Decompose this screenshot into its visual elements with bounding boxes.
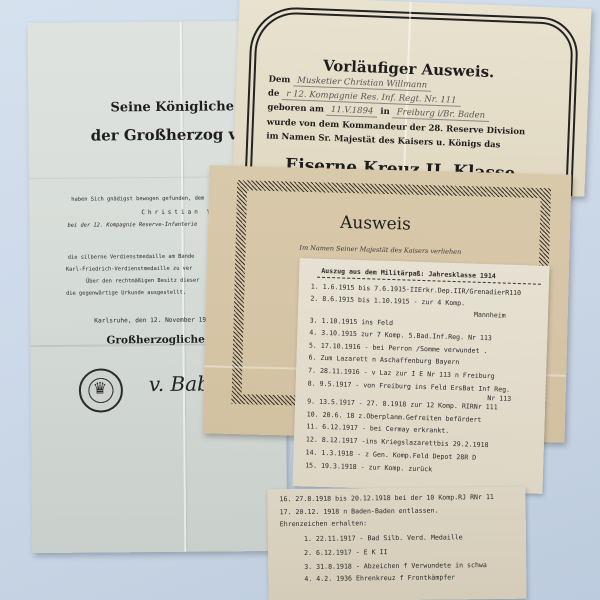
certificate-line: bei der 12. Kompagnie Reserve-Infanterie xyxy=(67,222,197,229)
line-label: geboren am xyxy=(267,102,324,114)
record-entry: 9. 13.5.1917 - 27. 8.1918 zur 12 Komp. R… xyxy=(307,397,498,411)
record-entry: 14. 1.3.1918 - z Gen. Komp.Feld Depot 28… xyxy=(305,448,476,461)
record-entry: 17. 20.12. 1918 n Baden-Baden entlassen. xyxy=(280,507,439,517)
line-label: Dem xyxy=(268,74,290,85)
record-entry: 11. 6.12.1917 - bei Cermay erkrankt. xyxy=(306,422,449,434)
record-entry: 12. 8.12.1917 -ins Kriegslazarettbis 29.… xyxy=(306,435,489,449)
certificate-line: die silberne Verdienstmedaille am Bande xyxy=(68,254,195,261)
record-entry: 2. 8.6.1915 bis 1.10.1915 - zur 4 Komp. xyxy=(310,294,465,307)
place-date: Karlsruhe, den 12. November 19 xyxy=(94,317,206,325)
record-entry: 2. 6.12.1917 - E K II xyxy=(304,548,387,557)
record-entry: Nr 113 xyxy=(487,394,511,403)
record-entry: Ehrenzeichen erhalten: xyxy=(280,519,367,528)
certificate-line: die gegenwärtige Urkunde ausgestellt. xyxy=(66,290,186,297)
certificate-line: Karl-Friedrich-Verdienstmedaille zu ver xyxy=(66,266,193,273)
record-entry: 16. 27.8.1918 bis 20.12.1918 bei der 10 … xyxy=(279,493,493,503)
record-entry: 6. Zum Lazarett n Aschaffenburg Bayern xyxy=(308,353,459,366)
ausweis-title: Ausweis xyxy=(340,213,411,235)
record-entry: 7. 28.11.1916 - v Laz zur I E Nr 113 n F… xyxy=(308,366,495,380)
record-entry: 15. 19.3.1918 - zur Komp. zurück xyxy=(305,461,432,473)
certificate-line: Über den rechtmäßigen Besitz dieser xyxy=(86,278,200,285)
record-entry: 5. 17.10.1916 - bei Perron /Somme verwun… xyxy=(309,341,488,355)
record-entry: 3. 1.10.1915 ins Feld xyxy=(310,316,394,327)
record-entry: 3. 31.8.1918 - Abzeichen f Verwundete in… xyxy=(304,561,487,571)
certificate-line: haben Sich gnädigst bewogen gefunden, de… xyxy=(71,196,204,203)
record-entry: Mannheim xyxy=(474,311,506,320)
record-entry: 10. 20.6. 18 z.Oberplanm.Gefreiten beför… xyxy=(307,410,482,423)
record-entry: 4. 3.10.1915 zur 7 Komp. 5.Bad.Inf.Reg. … xyxy=(309,328,492,342)
military-record-upper: Auszug aus dem Militärpaß: Jahresklasse … xyxy=(292,258,549,494)
line-label: de xyxy=(268,88,280,98)
handwritten-entry: 11.V.1894 xyxy=(327,105,378,118)
record-entry: 1. 22.11.1917 - Bad Silb. Verd. Medaille xyxy=(304,533,463,543)
military-record-lower: 16. 27.8.1918 bis 20.12.1918 bei der 10 … xyxy=(267,487,526,600)
record-entry: 8. 9.5.1917 - von Freiburg ins Feld ErsB… xyxy=(308,379,511,393)
line-label: in xyxy=(380,107,390,117)
coat-of-arms-seal-icon xyxy=(79,368,123,412)
record-entry: 4. 4.2. 1936 Ehrenkreuz f Frontkämpfer xyxy=(304,573,455,583)
